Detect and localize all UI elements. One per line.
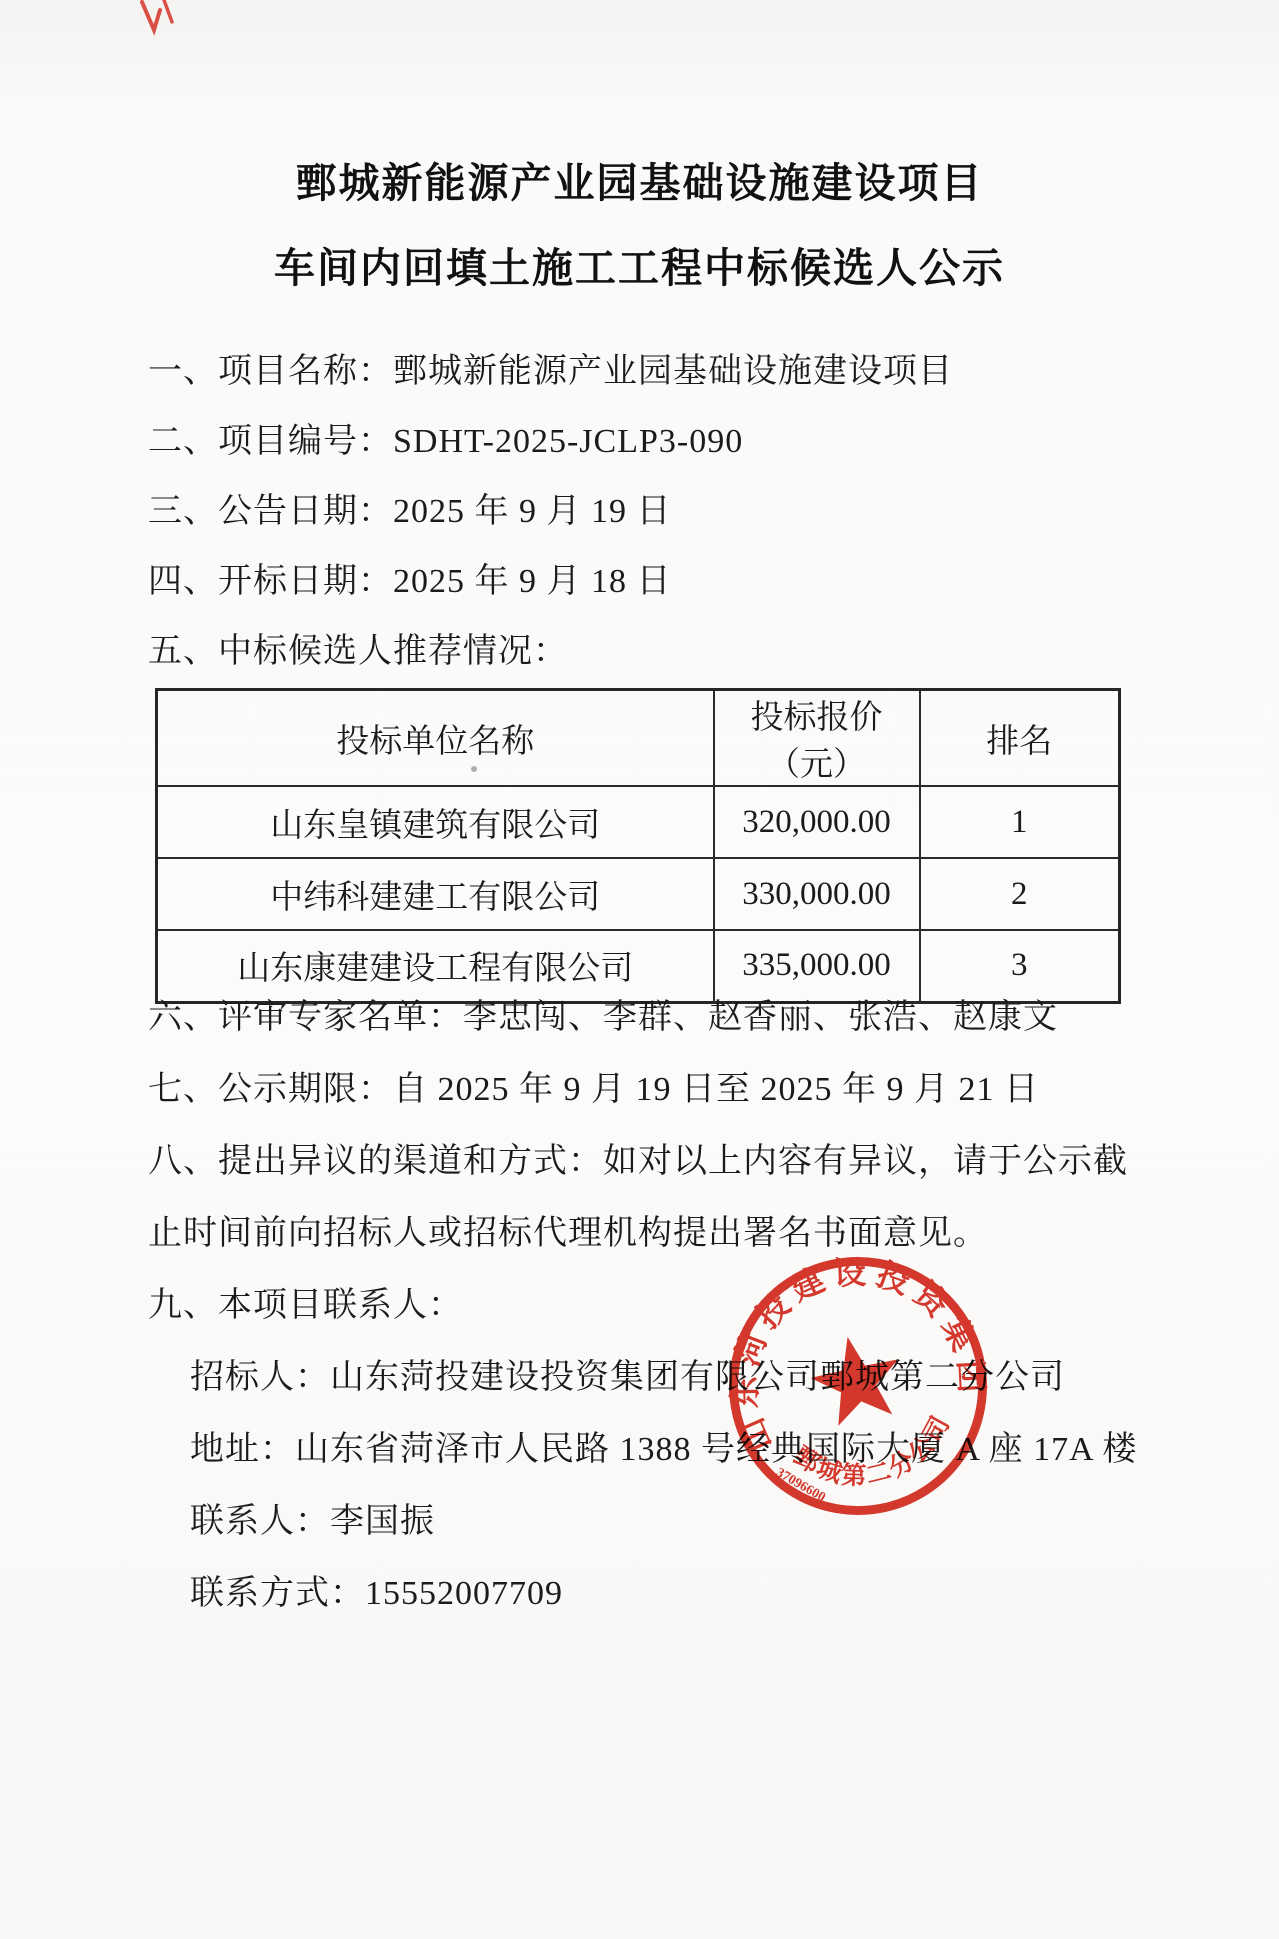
cell-price: 335,000.00 [714,930,920,1002]
smudge-dot [471,766,477,772]
cell-company: 中纬科建建工有限公司 [157,858,714,930]
cell-price: 320,000.00 [714,786,920,858]
cell-company: 山东康建建设工程有限公司 [157,930,714,1002]
table-row: 山东康建建设工程有限公司 335,000.00 3 [157,930,1120,1002]
item-expert-list: 六、评审专家名单：李忠闯、李群、赵香丽、张浩、赵康文 [148,998,1058,1037]
item-bid-open-date: 四、开标日期：2025 年 9 月 18 日 [148,562,672,601]
cell-rank: 3 [920,930,1120,1002]
cell-price: 330,000.00 [714,858,920,930]
item-candidates-head: 五、中标候选人推荐情况： [148,632,568,671]
star-icon [804,1328,909,1430]
item-contacts-head: 九、本项目联系人： [148,1286,463,1325]
cell-rank: 1 [920,786,1120,858]
cell-rank: 2 [920,858,1120,930]
official-seal: 山东菏投建设投资集团有限公司 鄄城第二分公司 37096600 [697,1225,1020,1548]
contact-person: 联系人：李国振 [190,1502,435,1541]
doc-title-line2: 车间内回填土施工工程中标候选人公示 [0,235,1279,294]
item-objection-line1: 八、提出异议的渠道和方式：如对以上内容有异议，请于公示截 [148,1142,1128,1181]
contact-phone: 联系方式：15552007709 [190,1574,563,1613]
col-header-rank: 排名 [920,690,1120,787]
doc-title-line1: 鄄城新能源产业园基础设施建设项目 [0,150,1279,209]
col-header-price: 投标报价（元） [714,690,920,787]
item-project-number: 二、项目编号：SDHT-2025-JCLP3-090 [148,422,743,461]
table-header-row: 投标单位名称 投标报价（元） 排名 [157,690,1120,787]
item-announce-date: 三、公告日期：2025 年 9 月 19 日 [148,492,672,531]
item-project-name: 一、项目名称：鄄城新能源产业园基础设施建设项目 [148,352,953,391]
red-pen-mark [130,0,190,50]
table-row: 山东皇镇建筑有限公司 320,000.00 1 [157,786,1120,858]
cell-company: 山东皇镇建筑有限公司 [157,786,714,858]
col-header-company: 投标单位名称 [157,690,714,787]
item-publicity-period: 七、公示期限：自 2025 年 9 月 19 日至 2025 年 9 月 21 … [148,1070,1039,1109]
table-row: 中纬科建建工有限公司 330,000.00 2 [157,858,1120,930]
bid-candidates-table: 投标单位名称 投标报价（元） 排名 山东皇镇建筑有限公司 320,000.00 … [155,688,1121,1004]
announcement-document: 鄄城新能源产业园基础设施建设项目 车间内回填土施工工程中标候选人公示 一、项目名… [0,0,1279,1939]
